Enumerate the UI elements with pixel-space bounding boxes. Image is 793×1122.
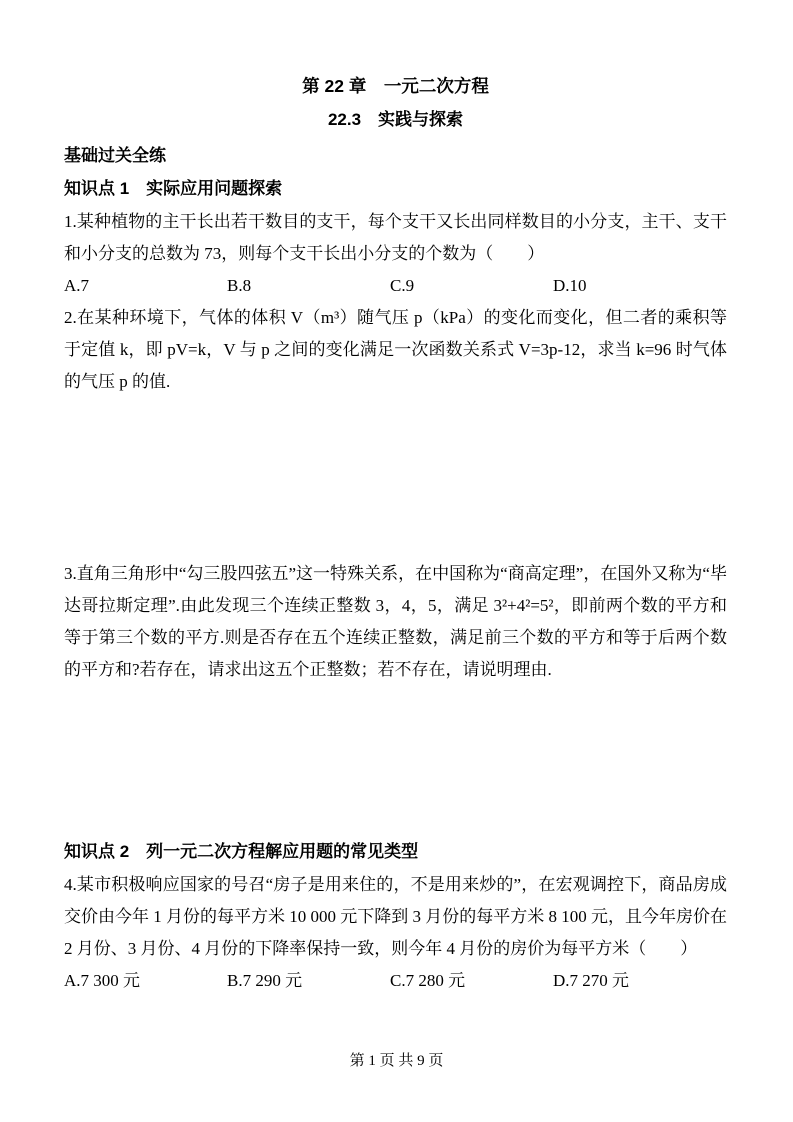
question-1-option-d: D.10: [553, 270, 587, 302]
section-title: 22.3 实践与探索: [64, 108, 727, 132]
practice-block-heading: 基础过关全练: [64, 144, 727, 168]
question-1-text: 1.某种植物的主干长出若干数目的支干，每个支干又长出同样数目的小分支，主干、支干…: [64, 206, 727, 270]
question-2-text: 2.在某种环境下，气体的体积 V（m³）随气压 p（kPa）的变化而变化，但二者…: [64, 302, 727, 398]
question-2-answer-space: [64, 398, 727, 558]
question-3-text: 3.直角三角形中“勾三股四弦五”这一特殊关系，在中国称为“商高定理”，在国外又称…: [64, 558, 727, 686]
question-4-options: A.7 300 元 B.7 290 元 C.7 280 元 D.7 270 元: [64, 965, 727, 997]
question-1-option-b: B.8: [227, 270, 390, 302]
chapter-title: 第 22 章 一元二次方程: [64, 74, 727, 98]
page-footer: 第 1 页 共 9 页: [0, 1052, 793, 1070]
question-4-option-d: D.7 270 元: [553, 965, 629, 997]
question-3-answer-space: [64, 686, 727, 838]
question-4-option-a: A.7 300 元: [64, 965, 227, 997]
question-1-options: A.7 B.8 C.9 D.10: [64, 270, 727, 302]
knowledge-point-2-heading: 知识点 2 列一元二次方程解应用题的常见类型: [64, 840, 727, 864]
question-1-option-c: C.9: [390, 270, 553, 302]
question-4-option-b: B.7 290 元: [227, 965, 390, 997]
question-4-option-c: C.7 280 元: [390, 965, 553, 997]
question-4-text: 4.某市积极响应国家的号召“房子是用来住的，不是用来炒的”，在宏观调控下，商品房…: [64, 869, 727, 965]
knowledge-point-1-heading: 知识点 1 实际应用问题探索: [64, 177, 727, 201]
question-1-option-a: A.7: [64, 270, 227, 302]
worksheet-page: 第 22 章 一元二次方程 22.3 实践与探索 基础过关全练 知识点 1 实际…: [0, 0, 793, 1122]
